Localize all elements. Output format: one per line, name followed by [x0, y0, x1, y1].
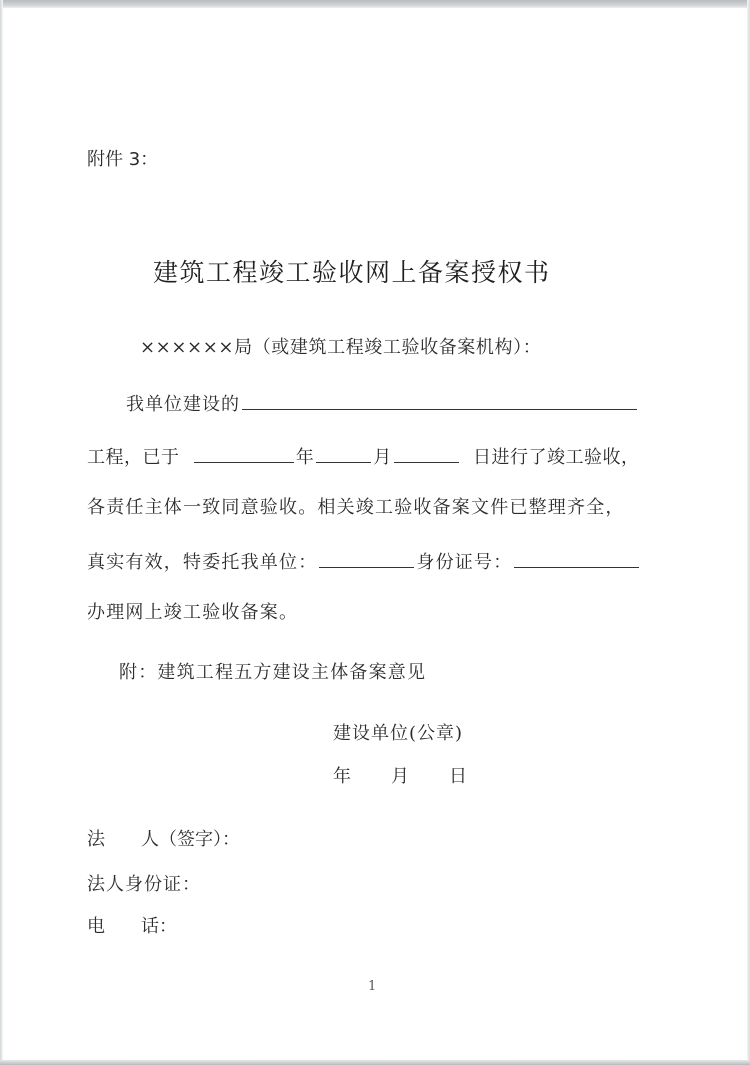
year-blank[interactable] [194, 444, 294, 463]
body-line-1: 我单位建设的 [126, 391, 639, 417]
attachment-note: 附：建筑工程五方建设主体备案意见 [119, 661, 426, 685]
body-line-5: 办理网上竣工验收备案。 [87, 601, 298, 625]
id-number-label: 身份证号： [416, 552, 512, 573]
seal-label: 建设单位(公章) [333, 722, 463, 746]
month-label: 月 [373, 447, 392, 468]
year-label: 年 [296, 447, 315, 468]
phone-label: 电 话： [87, 915, 177, 939]
sign-year-label: 年 [333, 765, 391, 789]
sign-month-label: 月 [391, 765, 449, 789]
document-title: 建筑工程竣工验收网上备案授权书 [153, 256, 551, 290]
project-prefix: 我单位建设的 [126, 394, 240, 415]
sign-day-label: 日 [449, 765, 467, 789]
delegate-prefix: 真实有效，特委托我单位： [87, 552, 317, 573]
scan-border-left [0, 0, 3, 1065]
scan-border-bottom [0, 1060, 750, 1065]
scan-border-top [0, 0, 750, 8]
legal-person-signature: 法 人（签字）： [87, 828, 240, 852]
page-number: 1 [368, 975, 376, 999]
date-prefix: 工程，已于 [87, 447, 180, 468]
addressee: ××××××局（或建筑工程竣工验收备案机构）： [140, 336, 541, 360]
body-line-3: 各责任主体一致同意验收。相关竣工验收备案文件已整理齐全， [87, 496, 625, 520]
delegate-name-blank[interactable] [319, 549, 414, 568]
body-line-4: 真实有效，特委托我单位：身份证号： [87, 549, 641, 575]
project-name-blank[interactable] [242, 391, 637, 410]
body-line-2: 工程，已于 年月 日进行了竣工验收， [87, 444, 639, 470]
sign-date: 年月日 [333, 765, 467, 789]
id-number-blank[interactable] [514, 549, 639, 568]
day-blank[interactable] [394, 444, 459, 463]
legal-person-id: 法人身份证： [87, 873, 201, 897]
date-suffix: 日进行了竣工验收， [473, 447, 640, 468]
month-blank[interactable] [316, 444, 371, 463]
attachment-label: 附件 3： [87, 148, 158, 172]
